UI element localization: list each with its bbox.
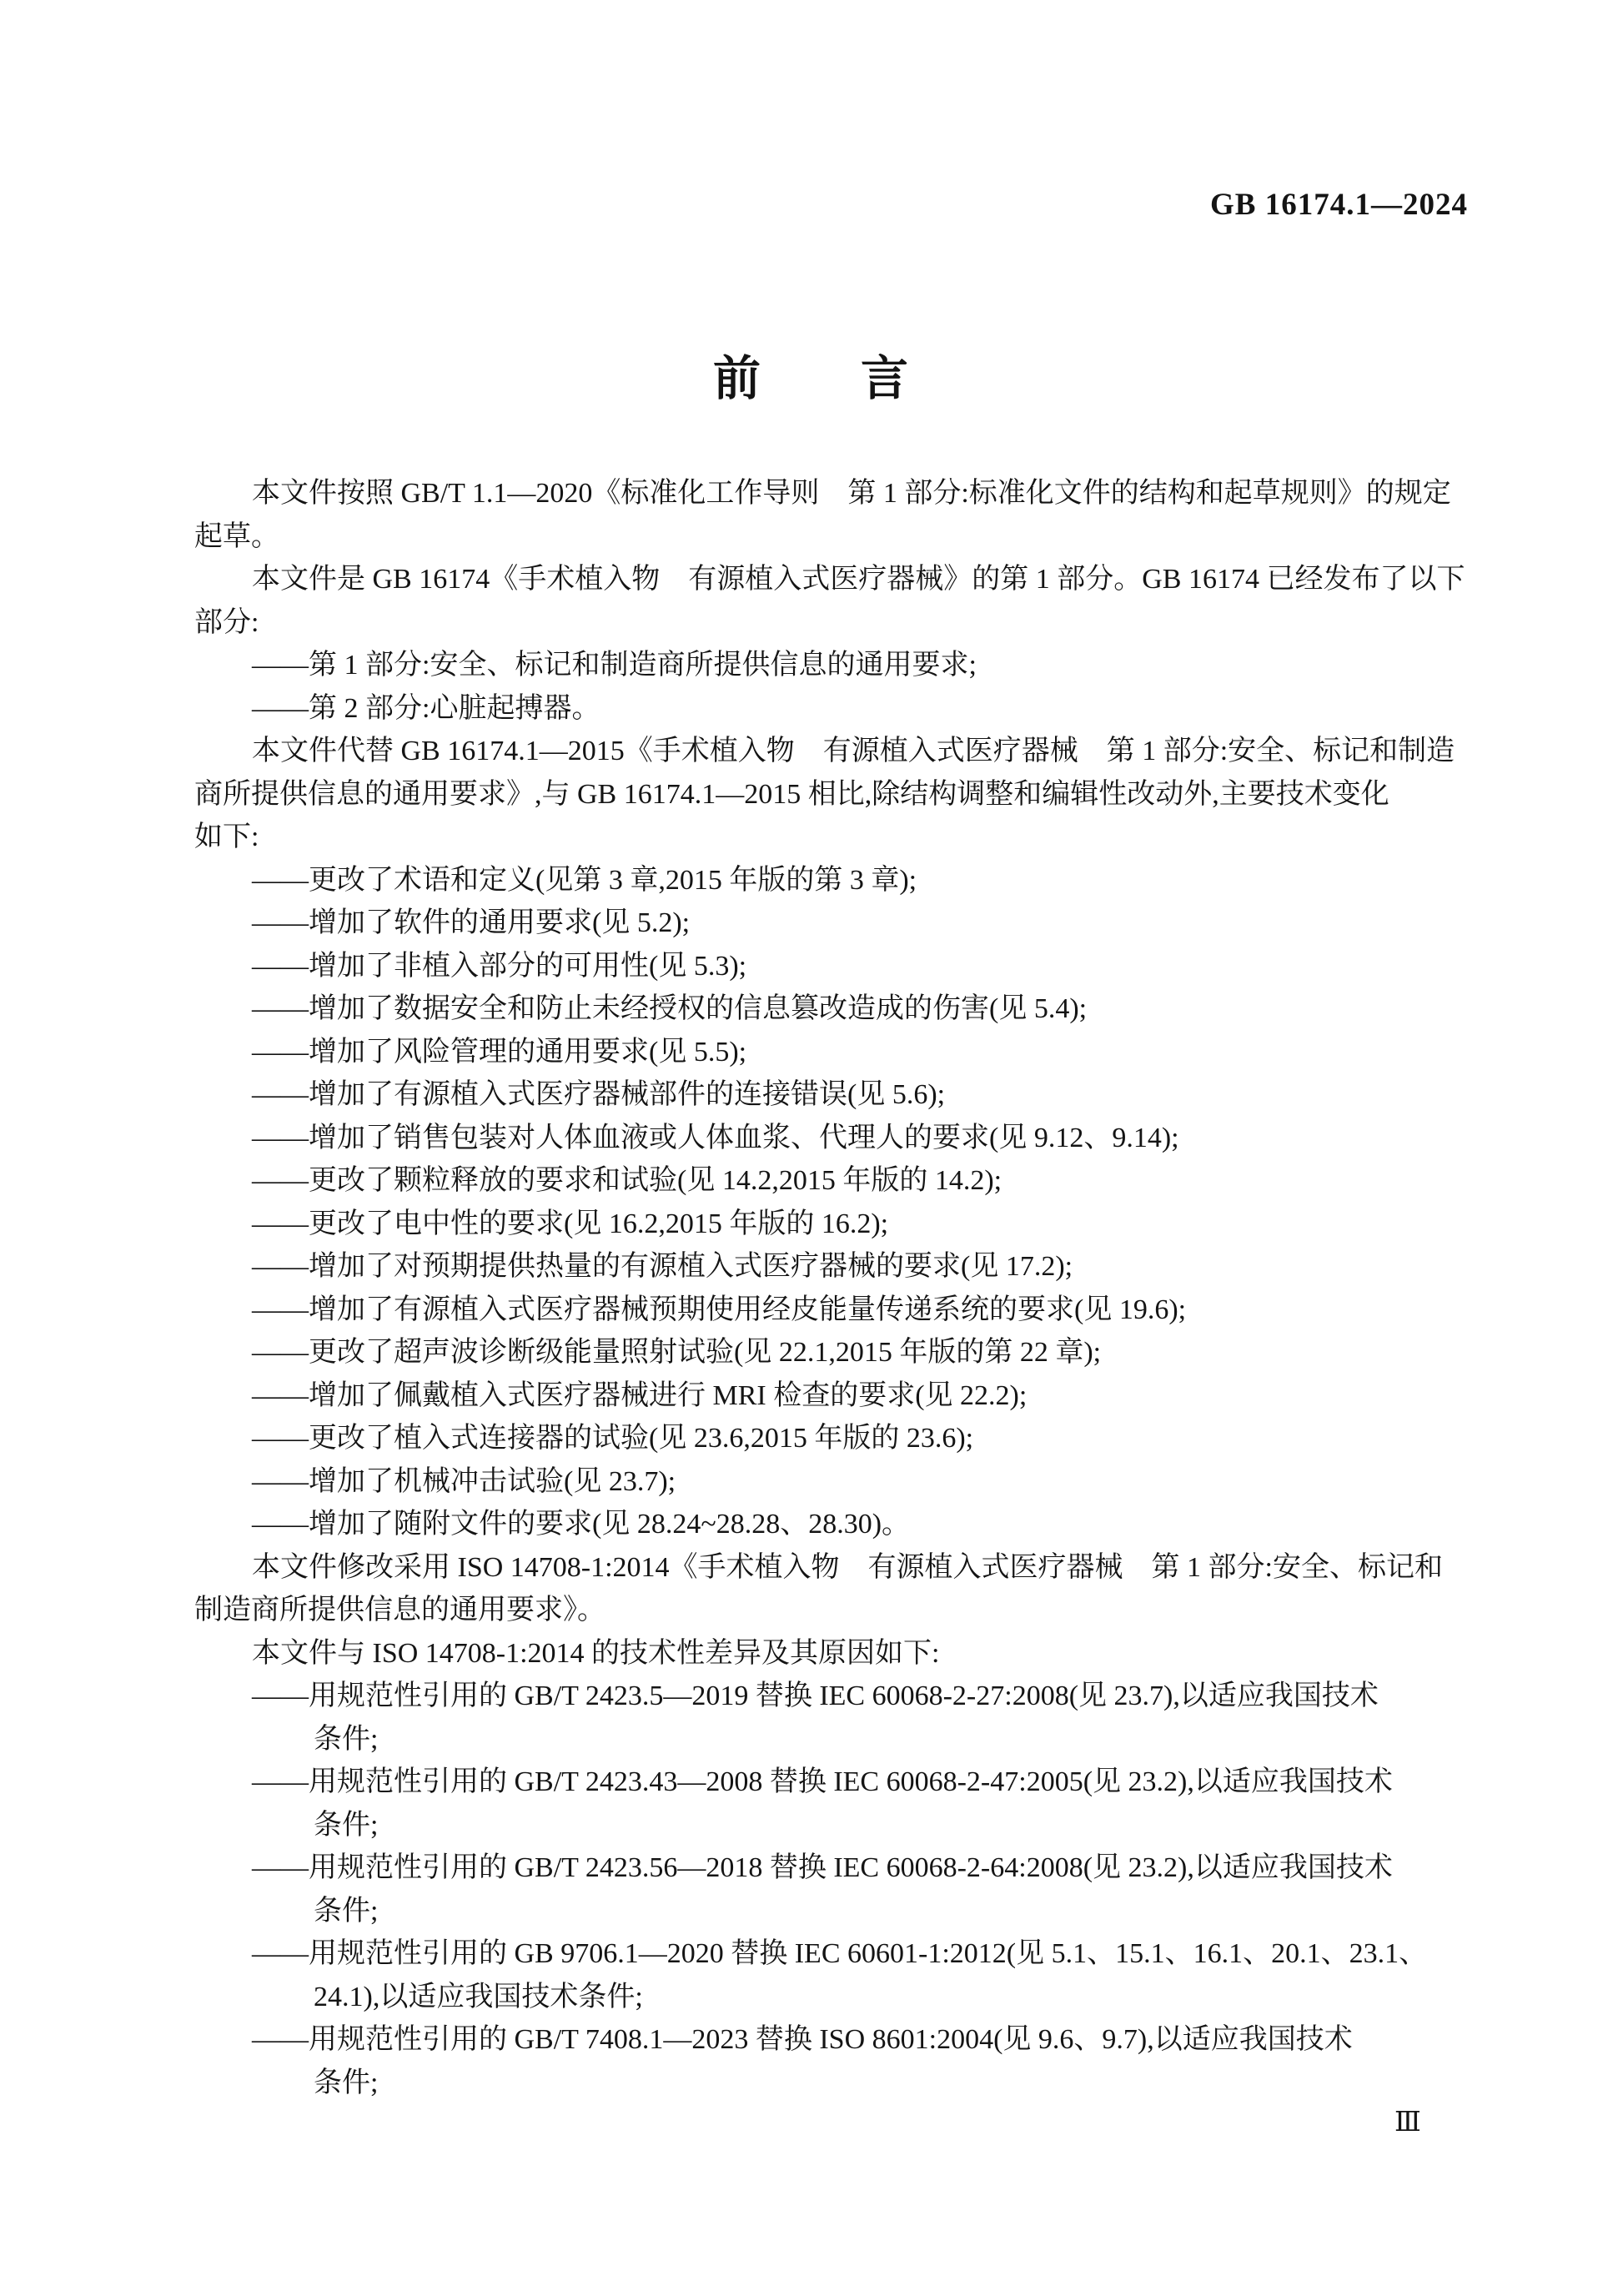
- text-line: ——增加了销售包装对人体血液或人体血浆、代理人的要求(见 9.12、9.14);: [194, 1117, 1479, 1160]
- text-line: ——第 1 部分:安全、标记和制造商所提供信息的通用要求;: [194, 644, 1479, 687]
- text-line: 起草。: [194, 515, 1479, 559]
- text-line: ——更改了电中性的要求(见 16.2,2015 年版的 16.2);: [194, 1203, 1479, 1246]
- document-page: GB 16174.1—2024 前 言 本文件按照 GB/T 1.1—2020《…: [0, 0, 1623, 2296]
- text-line: ——用规范性引用的 GB/T 2423.43—2008 替换 IEC 60068…: [194, 1761, 1479, 1804]
- text-line: ——用规范性引用的 GB/T 7408.1—2023 替换 ISO 8601:2…: [194, 2018, 1479, 2062]
- text-line: ——增加了有源植入式医疗器械部件的连接错误(见 5.6);: [194, 1073, 1479, 1117]
- text-line: ——增加了数据安全和防止未经授权的信息篡改造成的伤害(见 5.4);: [194, 987, 1479, 1031]
- text-line: ——增加了对预期提供热量的有源植入式医疗器械的要求(见 17.2);: [194, 1245, 1479, 1289]
- text-line: 条件;: [194, 2062, 1479, 2105]
- text-line: ——用规范性引用的 GB/T 2423.56—2018 替换 IEC 60068…: [194, 1846, 1479, 1890]
- text-line: 本文件修改采用 ISO 14708-1:2014《手术植入物 有源植入式医疗器械…: [194, 1546, 1479, 1590]
- standard-number-header: GB 16174.1—2024: [1210, 187, 1468, 223]
- text-line: 本文件按照 GB/T 1.1—2020《标准化工作导则 第 1 部分:标准化文件…: [194, 472, 1479, 515]
- text-line: ——更改了术语和定义(见第 3 章,2015 年版的第 3 章);: [194, 859, 1479, 902]
- text-line: 本文件与 ISO 14708-1:2014 的技术性差异及其原因如下:: [194, 1632, 1479, 1676]
- text-line: 24.1),以适应我国技术条件;: [194, 1976, 1479, 2019]
- text-line: ——增加了佩戴植入式医疗器械进行 MRI 检查的要求(见 22.2);: [194, 1374, 1479, 1418]
- page-title: 前 言: [0, 340, 1623, 409]
- text-line: ——增加了风险管理的通用要求(见 5.5);: [194, 1031, 1479, 1074]
- text-line: ——增加了随附文件的要求(见 28.24~28.28、28.30)。: [194, 1503, 1479, 1546]
- text-line: ——用规范性引用的 GB/T 2423.5—2019 替换 IEC 60068-…: [194, 1675, 1479, 1718]
- text-line: 本文件代替 GB 16174.1—2015《手术植入物 有源植入式医疗器械 第 …: [194, 730, 1479, 773]
- text-line: 制造商所提供信息的通用要求》。: [194, 1589, 1479, 1632]
- text-line: ——增加了非植入部分的可用性(见 5.3);: [194, 945, 1479, 988]
- text-line: 条件;: [194, 1804, 1479, 1847]
- text-line: 如下:: [194, 816, 1479, 859]
- text-line: 条件;: [194, 1718, 1479, 1761]
- text-line: ——第 2 部分:心脏起搏器。: [194, 687, 1479, 731]
- text-line: ——更改了植入式连接器的试验(见 23.6,2015 年版的 23.6);: [194, 1417, 1479, 1460]
- text-line: ——增加了软件的通用要求(见 5.2);: [194, 902, 1479, 945]
- text-line: 本文件是 GB 16174《手术植入物 有源植入式医疗器械》的第 1 部分。GB…: [194, 558, 1479, 601]
- text-line: ——增加了机械冲击试验(见 23.7);: [194, 1460, 1479, 1504]
- text-line: ——用规范性引用的 GB 9706.1—2020 替换 IEC 60601-1:…: [194, 1932, 1479, 1976]
- text-line: 条件;: [194, 1890, 1479, 1933]
- page-number: Ⅲ: [1394, 2105, 1422, 2138]
- foreword-body: 本文件按照 GB/T 1.1—2020《标准化工作导则 第 1 部分:标准化文件…: [194, 472, 1479, 2104]
- text-line: ——增加了有源植入式医疗器械预期使用经皮能量传递系统的要求(见 19.6);: [194, 1289, 1479, 1332]
- text-line: ——更改了超声波诊断级能量照射试验(见 22.1,2015 年版的第 22 章)…: [194, 1331, 1479, 1374]
- text-line: 部分:: [194, 601, 1479, 645]
- text-line: 商所提供信息的通用要求》,与 GB 16174.1—2015 相比,除结构调整和…: [194, 773, 1479, 816]
- text-line: ——更改了颗粒释放的要求和试验(见 14.2,2015 年版的 14.2);: [194, 1159, 1479, 1203]
